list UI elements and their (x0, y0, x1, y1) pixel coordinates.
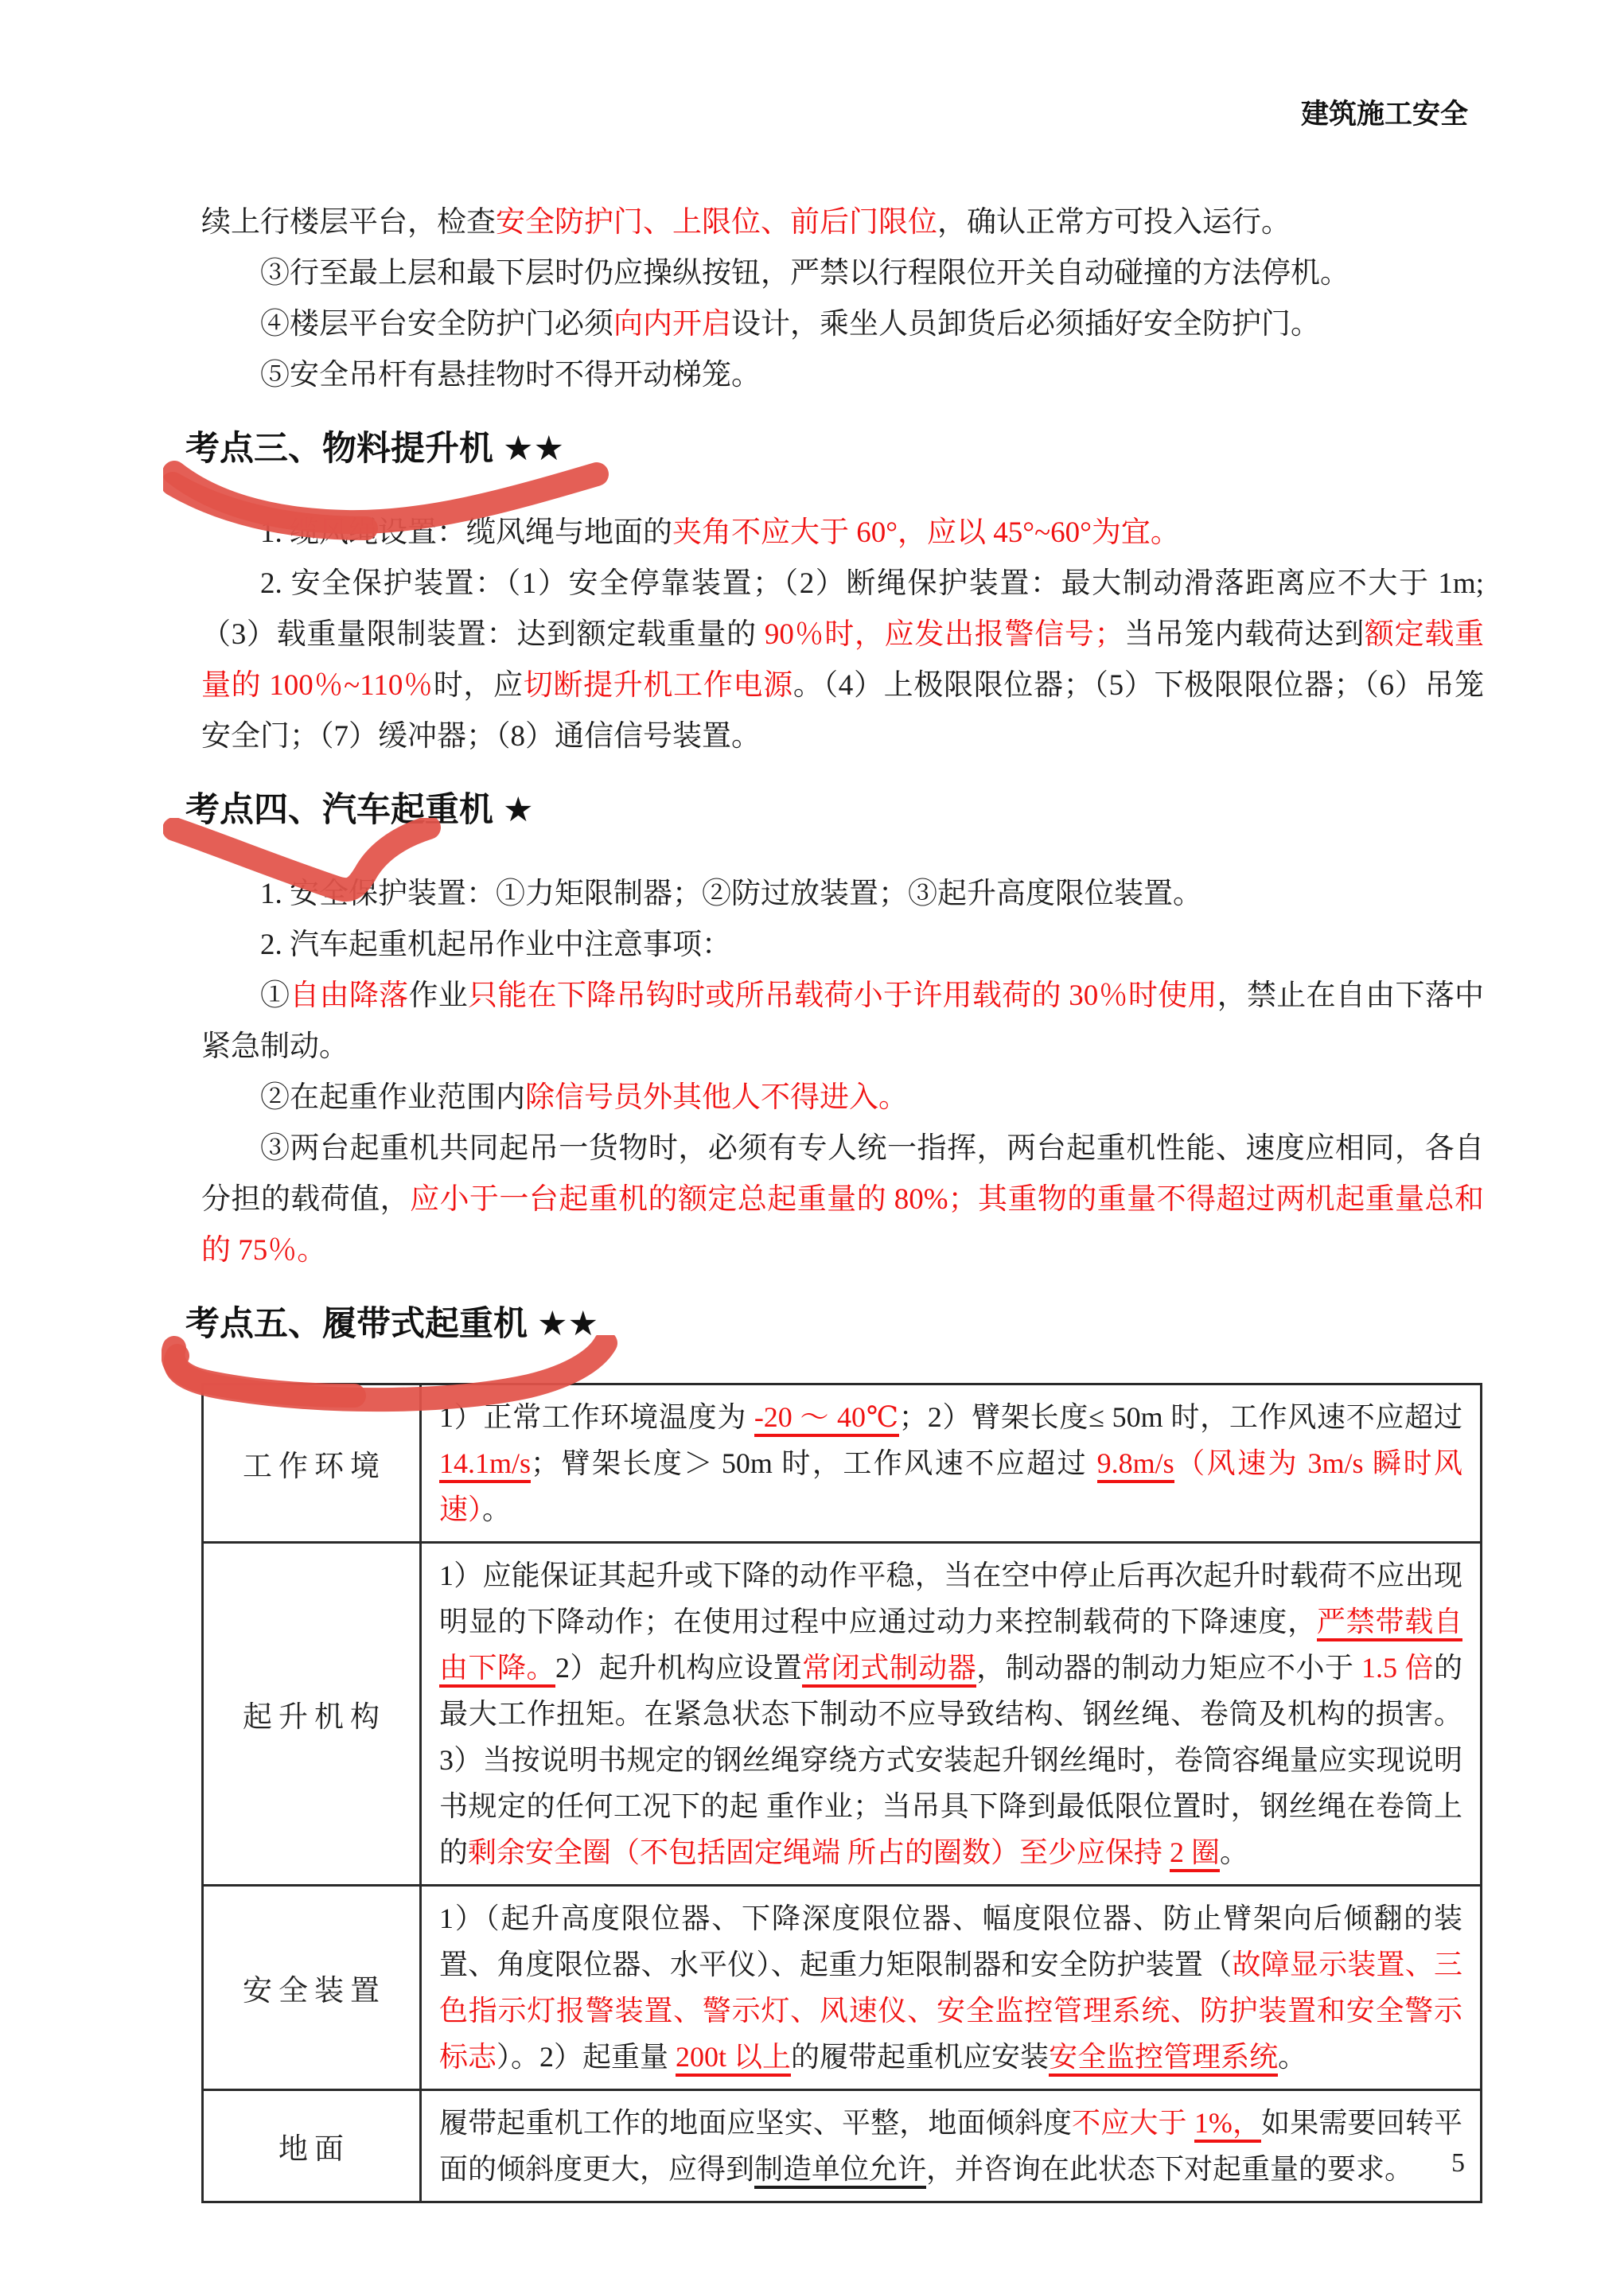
cell-paragraph: 1）应能保证其起升或下降的动作平稳，当在空中停止后再次起升时载荷不应出现明显的下… (439, 1552, 1462, 1875)
text-run: 向内开启 (613, 308, 731, 341)
paragraph: ③行至最上层和最下层时仍应操纵按钮，严禁以行程限位开关自动碰撞的方法停机。 (201, 248, 1484, 299)
paragraph: 2. 汽车起重机起吊作业中注意事项： (201, 920, 1484, 971)
text-run: 除信号员外其他人不得进入。 (525, 1081, 908, 1114)
row-content-cell: 履带起重机工作的地面应坚实、平整，地面倾斜度不应大于 1%，如果需要回转平面的倾… (421, 2090, 1482, 2202)
text-run: 90％时，应发出报警信号； (765, 618, 1124, 651)
page-number: 5 (1451, 2148, 1465, 2179)
text-run: 制造单位允许 (754, 2153, 926, 2189)
table-row: 地面履带起重机工作的地面应坚实、平整，地面倾斜度不应大于 1%，如果需要回转平面… (203, 2090, 1482, 2202)
text-run: 续上行楼层平台，检查 (201, 206, 496, 239)
paragraph: 2. 安全保护装置：（1）安全停靠装置；（2）断绳保护装置：最大制动滑落距离应不… (201, 559, 1484, 762)
text-run: 不应大于 (1072, 2107, 1194, 2139)
text-run: ⑤安全吊杆有悬挂物时不得开动梯笼。 (260, 359, 761, 391)
text-run: 9.8m/s (1097, 1447, 1174, 1483)
paragraph: ③两台起重机共同起吊一货物时，必须有专人统一指挥，两台起重机性能、速度应相同，各… (201, 1123, 1484, 1276)
text-run: ，制动器的制动力矩应不小于 (976, 1652, 1361, 1684)
text-run: ；2）臂架长度≤ 50m 时，工作风速不应超过 (899, 1401, 1462, 1433)
page-content: 续上行楼层平台，检查安全防护门、上限位、前后门限位，确认正常方可投入运行。③行至… (201, 197, 1484, 2203)
text-run: 时，应 (434, 669, 524, 702)
text-run: ；臂架长度＞ 50m 时，工作风速不应超过 (531, 1447, 1097, 1479)
text-run: 2. 汽车起重机起吊作业中注意事项： (260, 929, 731, 961)
text-run: 作业 (408, 979, 468, 1012)
table-row: 起升机构1）应能保证其起升或下降的动作平稳，当在空中停止后再次起升时载荷不应出现… (203, 1543, 1482, 1886)
row-label-cell: 起升机构 (203, 1543, 421, 1886)
section-heading-3: 考点三、物料提升机 ★★ (185, 425, 1484, 473)
document-page: 建筑施工安全 续上行楼层平台，检查安全防护门、上限位、前后门限位，确认正常方可投… (0, 0, 1624, 2278)
row-content-cell: 1）应能保证其起升或下降的动作平稳，当在空中停止后再次起升时载荷不应出现明显的下… (421, 1543, 1482, 1886)
row-label-cell: 工作环境 (203, 1384, 421, 1543)
table-row: 工作环境1）正常工作环境温度为 -20 ～ 40℃；2）臂架长度≤ 50m 时，… (203, 1384, 1482, 1543)
section-title: 考点三、物料提升机 ★★ (185, 430, 564, 468)
text-run: 夹角不应大于 60°，应以 45°~60°为宜。 (672, 516, 1180, 549)
text-run: 1. 安全保护装置：①力矩限制器；②防过放装置；③起升高度限位装置。 (260, 878, 1202, 910)
text-run: ②在起重作业范围内 (260, 1081, 525, 1114)
paragraph: ⑤安全吊杆有悬挂物时不得开动梯笼。 (201, 350, 1484, 401)
text-run: 只能在下降吊钩时或所吊载荷小于许用载荷的 30％时使用 (468, 979, 1217, 1012)
text-run: 履带起重机工作的地面应坚实、平整，地面倾斜度 (439, 2107, 1072, 2139)
section-4-paragraphs: 1. 安全保护装置：①力矩限制器；②防过放装置；③起升高度限位装置。2. 汽车起… (201, 869, 1484, 1276)
text-run: 2 圈 (1170, 1836, 1220, 1872)
text-run: 14.1m/s (439, 1447, 531, 1483)
text-run: ，确认正常方可投入运行。 (937, 206, 1291, 239)
text-run: ① (260, 979, 290, 1012)
text-run: 1）正常工作环境温度为 (439, 1401, 754, 1433)
text-run: 的履带起重机应安装 (791, 2041, 1049, 2073)
cell-paragraph: 1）正常工作环境温度为 -20 ～ 40℃；2）臂架长度≤ 50m 时，工作风速… (439, 1394, 1462, 1532)
text-run: 200t 以上 (676, 2041, 791, 2077)
text-run: 常闭式制动器 (802, 1652, 976, 1688)
cell-paragraph: 1）（起升高度限位器、下降深度限位器、幅度限位器、防止臂架向后倾翻的装置、角度限… (439, 1895, 1462, 2080)
paragraph: 1. 缆风绳设置：缆风绳与地面的夹角不应大于 60°，应以 45°~60°为宜。 (201, 508, 1484, 559)
section-title: 考点四、汽车起重机 ★ (185, 791, 534, 829)
row-label-cell: 安全装置 (203, 1886, 421, 2090)
text-run: 当吊笼内载荷达到 (1124, 618, 1365, 651)
text-run: 自由降落 (290, 979, 408, 1012)
text-run: 安全防护门、上限位、前后门限位 (496, 206, 937, 239)
text-run: 1%， (1194, 2107, 1261, 2143)
paragraph: 续上行楼层平台，检查安全防护门、上限位、前后门限位，确认正常方可投入运行。 (201, 197, 1484, 248)
paragraph: ①自由降落作业只能在下降吊钩时或所吊载荷小于许用载荷的 30％时使用，禁止在自由… (201, 971, 1484, 1073)
text-run: ，并咨询在此状态下对起重量的要求。 (926, 2153, 1413, 2185)
text-run: 1）应能保证其起升或下降的动作平稳，当在空中停止后再次起升时载荷不应出现明显的下… (439, 1560, 1462, 1637)
section-heading-4: 考点四、汽车起重机 ★ (185, 786, 1484, 834)
row-content-cell: 1）正常工作环境温度为 -20 ～ 40℃；2）臂架长度≤ 50m 时，工作风速… (421, 1384, 1482, 1543)
text-run: 。 (1220, 1836, 1248, 1868)
text-run: 剩余安全圈（不包括固定绳端 所占的圈数）至少应保持 (468, 1836, 1170, 1868)
text-run: -20 ～ 40℃ (754, 1401, 899, 1437)
text-run: 。 (482, 1493, 511, 1525)
paragraph: ④楼层平台安全防护门必须向内开启设计，乘坐人员卸货后必须插好安全防护门。 (201, 299, 1484, 350)
text-run: 。 (1278, 2041, 1307, 2073)
page-header-title: 建筑施工安全 (1301, 92, 1468, 132)
text-run: 切断提升机工作电源 (524, 669, 793, 702)
text-run: 1.5 倍 (1361, 1652, 1434, 1684)
cell-paragraph: 履带起重机工作的地面应坚实、平整，地面倾斜度不应大于 1%，如果需要回转平面的倾… (439, 2100, 1462, 2192)
section-3-paragraphs: 1. 缆风绳设置：缆风绳与地面的夹角不应大于 60°，应以 45°~60°为宜。… (201, 508, 1484, 762)
section-title: 考点五、履带式起重机 ★★ (185, 1305, 598, 1343)
text-run: ④楼层平台安全防护门必须 (260, 308, 613, 341)
row-content-cell: 1）（起升高度限位器、下降深度限位器、幅度限位器、防止臂架向后倾翻的装置、角度限… (421, 1886, 1482, 2090)
text-run: 设计，乘坐人员卸货后必须插好安全防护门。 (731, 308, 1320, 341)
intro-paragraphs: 续上行楼层平台，检查安全防护门、上限位、前后门限位，确认正常方可投入运行。③行至… (201, 197, 1484, 401)
text-run: 2）起升机构应设置 (555, 1652, 802, 1684)
table-row: 安全装置1）（起升高度限位器、下降深度限位器、幅度限位器、防止臂架向后倾翻的装置… (203, 1886, 1482, 2090)
text-run: 安全监控管理系统 (1049, 2041, 1278, 2077)
row-label-cell: 地面 (203, 2090, 421, 2202)
paragraph: 1. 安全保护装置：①力矩限制器；②防过放装置；③起升高度限位装置。 (201, 869, 1484, 920)
text-run: ③行至最上层和最下层时仍应操纵按钮，严禁以行程限位开关自动碰撞的方法停机。 (260, 257, 1349, 290)
crawler-crane-table: 工作环境1）正常工作环境温度为 -20 ～ 40℃；2）臂架长度≤ 50m 时，… (201, 1383, 1482, 2203)
text-run: 1. 缆风绳设置：缆风绳与地面的 (260, 516, 672, 549)
section-heading-5: 考点五、履带式起重机 ★★ (185, 1300, 1484, 1348)
text-run: ）。2）起重量 (497, 2041, 676, 2073)
paragraph: ②在起重作业范围内除信号员外其他人不得进入。 (201, 1073, 1484, 1123)
